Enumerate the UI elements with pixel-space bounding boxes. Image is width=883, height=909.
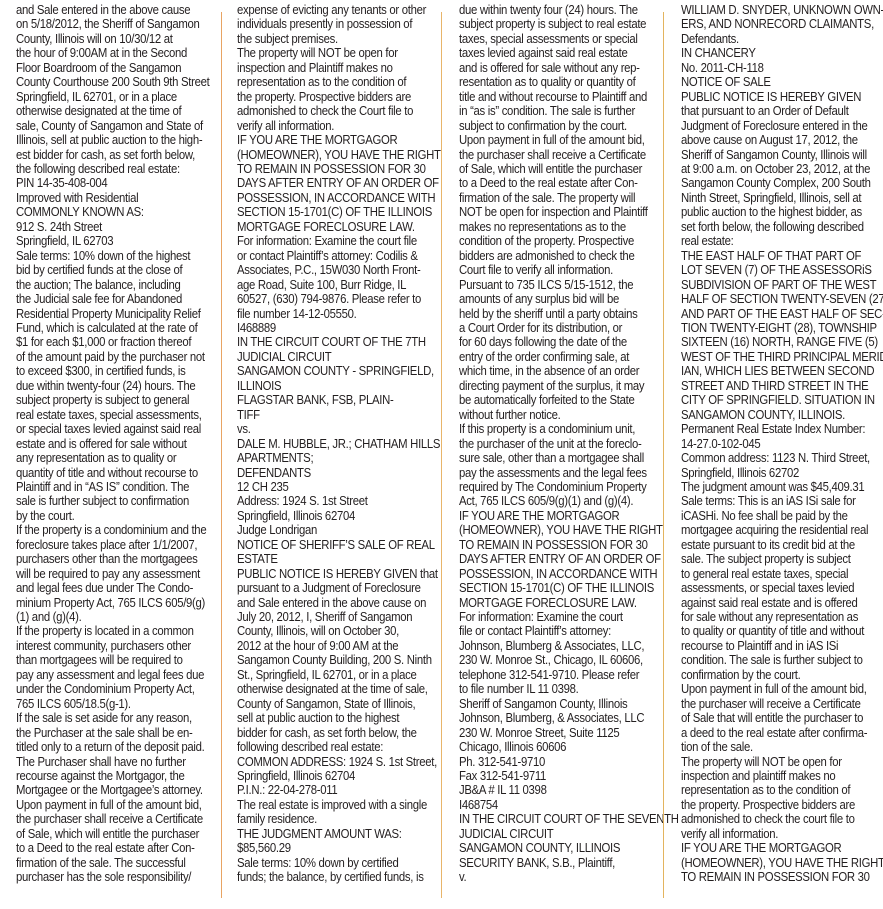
text-line: recourse against the Mortgagor, the — [16, 769, 222, 783]
text-line: sale. The subject property is subject — [681, 552, 883, 566]
text-line: a Court Order for its distribution, or — [459, 321, 665, 335]
text-line: be automatically forfeited to the State — [459, 393, 665, 407]
text-line: without further notice. — [459, 408, 665, 422]
text-line: NOTICE OF SHERIFF’S SALE OF REAL — [237, 538, 443, 552]
text-line: subject property is subject to real esta… — [459, 17, 665, 31]
text-line: admonished to check the Court file to — [237, 104, 443, 118]
text-line: admonished to check the court file to — [681, 812, 883, 826]
text-line: the purchaser shall receive a Certificat… — [459, 148, 665, 162]
text-line: Floor Boardroom of the Sangamon — [16, 61, 222, 75]
text-line: directing payment of the surplus, it may — [459, 379, 665, 393]
text-line: SECTION 15-1701(C) OF THE ILLINOIS — [459, 581, 665, 595]
text-line: TO REMAIN IN POSSESSION FOR 30 — [237, 162, 443, 176]
text-line: 765 ILCS 605/18.5(g-1). — [16, 697, 222, 711]
text-line: For information: Examine the court file — [237, 234, 443, 248]
text-line: Mortgagee or the Mortgagee’s attorney. — [16, 783, 222, 797]
text-line: IF YOU ARE THE MORTGAGOR — [237, 133, 443, 147]
text-line: interest community, purchasers other — [16, 639, 222, 653]
text-line: FLAGSTAR BANK, FSB, PLAIN- — [237, 393, 443, 407]
text-line: minium Property Act, 765 ILCS 605/9(g) — [16, 596, 222, 610]
text-line: JB&A # IL 11 0398 — [459, 783, 665, 797]
text-line: inspection and Plaintiff makes no — [237, 61, 443, 75]
text-line: LOT SEVEN (7) OF THE ASSESSORiS — [681, 263, 883, 277]
text-line: Associates, P.C., 15W030 North Front- — [237, 263, 443, 277]
text-line: a deed to the real estate after confirma… — [681, 726, 883, 740]
text-line: Upon payment in full of the amount bid, — [681, 682, 883, 696]
text-line: APARTMENTS; — [237, 451, 443, 465]
text-line: SANGAMON COUNTY - SPRINGFIELD, — [237, 364, 443, 378]
text-line: IF YOU ARE THE MORTGAGOR — [681, 841, 883, 855]
text-line: TO REMAIN IN POSSESSION FOR 30 — [681, 870, 883, 884]
text-line: Sangamon County Complex, 200 South — [681, 176, 883, 190]
text-line: sell at public auction to the highest — [237, 711, 443, 725]
text-line: amounts of any surplus bid will be — [459, 292, 665, 306]
text-line: inspection and plaintiff makes no — [681, 769, 883, 783]
text-line: Springfield, Illinois 62702 — [681, 466, 883, 480]
text-line: sale, County of Sangamon and State of — [16, 119, 222, 133]
text-line: NOT be open for inspection and Plaintiff — [459, 205, 665, 219]
text-line: STREET AND THIRD STREET IN THE — [681, 379, 883, 393]
text-line: (1) and (g)(4). — [16, 610, 222, 624]
text-line: Sheriff of Sangamon County, Illinois wil… — [681, 148, 883, 162]
text-line: If the sale is set aside for any reason, — [16, 711, 222, 725]
text-line: ESTATE — [237, 552, 443, 566]
text-line: Sale terms: 10% down of the highest — [16, 249, 222, 263]
text-line: 230 W. Monroe St., Chicago, IL 60606, — [459, 653, 665, 667]
text-line: TION TWENTY-EIGHT (28), TOWNSHIP — [681, 321, 883, 335]
text-line: Springfield, IL 62703 — [16, 234, 222, 248]
text-line: and Sale entered in the above cause — [16, 3, 222, 17]
text-line: vs. — [237, 422, 443, 436]
text-line: purchasers other than the mortgagees — [16, 552, 222, 566]
text-line: The property will NOT be open for — [681, 755, 883, 769]
text-line: to file number IL 11 0398. — [459, 682, 665, 696]
text-line: 14-27.0-102-045 — [681, 437, 883, 451]
text-line: Sangamon County Building, 200 S. Ninth — [237, 653, 443, 667]
text-line: the purchaser of the unit at the foreclo… — [459, 437, 665, 451]
text-line: taxes, special assessments or special — [459, 32, 665, 46]
text-line: of Sale, which will entitle the purchase… — [459, 162, 665, 176]
text-line: County, Illinois will on 10/30/12 at — [16, 32, 222, 46]
text-line: The property will NOT be open for — [237, 46, 443, 60]
text-line: and legal fees due under The Condo- — [16, 581, 222, 595]
text-line: Permanent Real Estate Index Number: — [681, 422, 883, 436]
text-line: P.I.N.: 22-04-278-011 — [237, 783, 443, 797]
text-line: IN THE CIRCUIT COURT OF THE 7TH — [237, 335, 443, 349]
text-line: COMMON ADDRESS: 1924 S. 1st Street, — [237, 755, 443, 769]
text-line: I468754 — [459, 798, 665, 812]
text-line: Fund, which is calculated at the rate of — [16, 321, 222, 335]
text-line: titled only to a return of the deposit p… — [16, 740, 222, 754]
text-line: entry of the order confirming sale, at — [459, 350, 665, 364]
text-line: condition of the property. Prospective — [459, 234, 665, 248]
text-line: iCASHi. No fee shall be paid by the — [681, 509, 883, 523]
text-line: Illinois, sell at public auction to the … — [16, 133, 222, 147]
text-line: that pursuant to an Order of Default — [681, 104, 883, 118]
text-line: If the property is located in a common — [16, 624, 222, 638]
text-line: COMMONLY KNOWN AS: — [16, 205, 222, 219]
text-line: foreclosure takes place after 1/1/2007, — [16, 538, 222, 552]
text-line: for sale without any representation as — [681, 610, 883, 624]
text-line: condition. The sale is further subject t… — [681, 653, 883, 667]
text-line: Johnson, Blumberg & Associates, LLC, — [459, 639, 665, 653]
text-line: file or contact Plaintiff’s attorney: — [459, 624, 665, 638]
text-line: PUBLIC NOTICE IS HEREBY GIVEN that — [237, 567, 443, 581]
text-line: DALE M. HUBBLE, JR.; CHATHAM HILLS — [237, 437, 443, 451]
column-4: WILLIAM D. SNYDER, UNKNOWN OWN-ERS, AND … — [681, 3, 883, 885]
text-line: (HOMEOWNER), YOU HAVE THE RIGHT — [459, 523, 665, 537]
text-line: Fax 312-541-9711 — [459, 769, 665, 783]
text-line: The judgment amount was $45,409.31 — [681, 480, 883, 494]
text-line: 60527, (630) 794-9876. Please refer to — [237, 292, 443, 306]
text-line: 912 S. 24th Street — [16, 220, 222, 234]
text-line: the hour of 9:00AM at in the Second — [16, 46, 222, 60]
text-line: July 20, 2012, I, Sheriff of Sangamon — [237, 610, 443, 624]
text-line: the purchaser will receive a Certificate — [681, 697, 883, 711]
text-line: JUDICIAL CIRCUIT — [459, 827, 665, 841]
text-line: family residence. — [237, 812, 443, 826]
text-line: HALF OF SECTION TWENTY-SEVEN (27) — [681, 292, 883, 306]
text-line: Johnson, Blumberg, & Associates, LLC — [459, 711, 665, 725]
text-line: following described real estate: — [237, 740, 443, 754]
text-line: or special taxes levied against said rea… — [16, 422, 222, 436]
column-2: expense of evicting any tenants or other… — [237, 3, 443, 885]
text-line: any representation as to quality or — [16, 451, 222, 465]
text-line: THE EAST HALF OF THAT PART OF — [681, 249, 883, 263]
text-line: Address: 1924 S. 1st Street — [237, 494, 443, 508]
text-line: Sale terms: This is an iAS ISi sale for — [681, 494, 883, 508]
text-line: Upon payment in full of the amount bid, — [459, 133, 665, 147]
text-line: and is offered for sale without any rep- — [459, 61, 665, 75]
text-line: SECTION 15-1701(C) OF THE ILLINOIS — [237, 205, 443, 219]
text-line: estate and is offered for sale without — [16, 437, 222, 451]
text-line: representation as to the condition of — [681, 783, 883, 797]
text-line: TIFF — [237, 408, 443, 422]
text-line: subject property is subject to general — [16, 393, 222, 407]
text-line: County of Sangamon, State of Illinois, — [237, 697, 443, 711]
text-line: under the Condominium Property Act, — [16, 682, 222, 696]
text-line: to general real estate taxes, special — [681, 567, 883, 581]
text-line: resentation as to quality or quantity of — [459, 75, 665, 89]
text-line: MORTGAGE FORECLOSURE LAW. — [459, 596, 665, 610]
text-line: I468889 — [237, 321, 443, 335]
text-line: age Road, Suite 100, Burr Ridge, IL — [237, 278, 443, 292]
column-1: and Sale entered in the above causeon 5/… — [16, 3, 222, 885]
column-divider — [663, 12, 664, 898]
text-line: If the property is a condominium and the — [16, 523, 222, 537]
text-line: THE JUDGMENT AMOUNT WAS: — [237, 827, 443, 841]
text-line: POSSESSION, IN ACCORDANCE WITH — [237, 191, 443, 205]
text-line: $85,560.29 — [237, 841, 443, 855]
text-line: SUBDIVISION OF PART OF THE WEST — [681, 278, 883, 292]
column-divider — [221, 12, 222, 898]
text-line: Plaintiff and in “AS IS” condition. The — [16, 480, 222, 494]
text-line: due within twenty four (24) hours. The — [459, 3, 665, 17]
text-line: Judgment of Foreclosure entered in the — [681, 119, 883, 133]
text-line: tion of the sale. — [681, 740, 883, 754]
text-line: ILLINOIS — [237, 379, 443, 393]
text-line: 12 CH 235 — [237, 480, 443, 494]
text-line: bidder for cash, as set forth below, the — [237, 726, 443, 740]
text-line: DEFENDANTS — [237, 466, 443, 480]
text-line: Springfield, IL 62701, or in a place — [16, 90, 222, 104]
text-line: The Purchaser shall have no further — [16, 755, 222, 769]
text-line: the property. Prospective bidders are — [681, 798, 883, 812]
text-line: subject to confirmation by the court. — [459, 119, 665, 133]
text-line: firmation of the sale. The successful — [16, 856, 222, 870]
text-line: in “as is” condition. The sale is furthe… — [459, 104, 665, 118]
text-line: mortgagee acquiring the residential real — [681, 523, 883, 537]
text-line: Improved with Residential — [16, 191, 222, 205]
text-line: to exceed $300, in certified funds, is — [16, 364, 222, 378]
column-3: due within twenty four (24) hours. Thesu… — [459, 3, 665, 885]
text-line: estate pursuant to its credit bid at the — [681, 538, 883, 552]
text-line: pay any assessment and legal fees due — [16, 668, 222, 682]
text-line: the Judicial sale fee for Abandoned — [16, 292, 222, 306]
text-line: or contact Plaintiff’s attorney: Codilis… — [237, 249, 443, 263]
text-line: the subject premises. — [237, 32, 443, 46]
text-line: SANGAMON COUNTY, ILLINOIS — [459, 841, 665, 855]
text-line: TO REMAIN IN POSSESSION FOR 30 — [459, 538, 665, 552]
text-line: the auction; The balance, including — [16, 278, 222, 292]
text-line: PIN 14-35-408-004 — [16, 176, 222, 190]
text-line: of Sale, which will entitle the purchase… — [16, 827, 222, 841]
text-line: the following described real estate: — [16, 162, 222, 176]
text-line: which time, in the absence of an order — [459, 364, 665, 378]
text-line: WILLIAM D. SNYDER, UNKNOWN OWN- — [681, 3, 883, 17]
text-line: taxes levied against said real estate — [459, 46, 665, 60]
text-line: telephone 312-541-9710. Please refer — [459, 668, 665, 682]
text-line: SANGAMON COUNTY, ILLINOIS. — [681, 408, 883, 422]
text-line: to quality or quantity of title and with… — [681, 624, 883, 638]
text-line: Springfield, Illinois 62704 — [237, 509, 443, 523]
text-line: on 5/18/2012, the Sheriff of Sangamon — [16, 17, 222, 31]
text-line: verify all information. — [237, 119, 443, 133]
text-line: verify all information. — [681, 827, 883, 841]
text-line: set forth below, the following described — [681, 220, 883, 234]
text-line: held by the sheriff until a party obtain… — [459, 307, 665, 321]
text-line: the Purchaser at the sale shall be en- — [16, 726, 222, 740]
text-line: POSSESSION, IN ACCORDANCE WITH — [459, 567, 665, 581]
text-line: AND PART OF THE EAST HALF OF SEC- — [681, 307, 883, 321]
legal-notices-page: and Sale entered in the above causeon 5/… — [0, 0, 883, 909]
text-line: Ninth Street, Springfield, Illinois, sel… — [681, 191, 883, 205]
text-line: will be required to pay any assessment — [16, 567, 222, 581]
text-line: est bidder for cash, as set forth below, — [16, 148, 222, 162]
text-line: Upon payment in full of the amount bid, — [16, 798, 222, 812]
text-line: IAN, WHICH LIES BETWEEN SECOND — [681, 364, 883, 378]
text-line: expense of evicting any tenants or other — [237, 3, 443, 17]
text-line: than mortgagees will be required to — [16, 653, 222, 667]
text-line: (HOMEOWNER), YOU HAVE THE RIGHT — [681, 856, 883, 870]
text-line: No. 2011-CH-118 — [681, 61, 883, 75]
text-line: Sale terms: 10% down by certified — [237, 856, 443, 870]
text-line: CITY OF SPRINGFIELD. SITUATION IN — [681, 393, 883, 407]
text-line: file number 14-12-05550. — [237, 307, 443, 321]
text-line: $1 for each $1,000 or fraction thereof — [16, 335, 222, 349]
text-line: MORTGAGE FORECLOSURE LAW. — [237, 220, 443, 234]
text-line: IN THE CIRCUIT COURT OF THE SEVENTH — [459, 812, 665, 826]
text-line: title and without recourse to Plaintiff … — [459, 90, 665, 104]
text-line: County Courthouse 200 South 9th Street — [16, 75, 222, 89]
text-line: Residential Property Municipality Relief — [16, 307, 222, 321]
text-line: real estate: — [681, 234, 883, 248]
text-line: Pursuant to 735 ILCS 5/15-1512, the — [459, 278, 665, 292]
text-line: representation as to the condition of — [237, 75, 443, 89]
text-line: confirmation by the court. — [681, 668, 883, 682]
column-divider — [441, 12, 442, 898]
text-line: recourse to Plaintiff and in iAS ISi — [681, 639, 883, 653]
text-line: Court file to verify all information. — [459, 263, 665, 277]
text-line: County, Illinois, will on October 30, — [237, 624, 443, 638]
text-line: public auction to the highest bidder, as — [681, 205, 883, 219]
text-line: Springfield, Illinois 62704 — [237, 769, 443, 783]
text-line: Sheriff of Sangamon County, Illinois — [459, 697, 665, 711]
text-line: Judge Londrigan — [237, 523, 443, 537]
text-line: against said real estate and is offered — [681, 596, 883, 610]
text-line: IN CHANCERY — [681, 46, 883, 60]
text-line: If this property is a condominium unit, — [459, 422, 665, 436]
text-line: at 9:00 a.m. on October 23, 2012, at the — [681, 162, 883, 176]
text-line: DAYS AFTER ENTRY OF AN ORDER OF — [459, 552, 665, 566]
text-line: DAYS AFTER ENTRY OF AN ORDER OF — [237, 176, 443, 190]
text-line: makes no representations as to the — [459, 220, 665, 234]
text-line: firmation of the sale. The property will — [459, 191, 665, 205]
text-line: SECURITY BANK, S.B., Plaintiff, — [459, 856, 665, 870]
text-line: Common address: 1123 N. Third Street, — [681, 451, 883, 465]
text-line: pay the assessments and the legal fees — [459, 466, 665, 480]
text-line: bidders are admonished to check the — [459, 249, 665, 263]
text-line: (HOMEOWNER), YOU HAVE THE RIGHT — [237, 148, 443, 162]
text-line: Defendants. — [681, 32, 883, 46]
text-line: real estate taxes, special assessments, — [16, 408, 222, 422]
text-line: PUBLIC NOTICE IS HEREBY GIVEN — [681, 90, 883, 104]
text-line: and Sale entered in the above cause on — [237, 596, 443, 610]
text-line: For information: Examine the court — [459, 610, 665, 624]
text-line: Ph. 312-541-9710 — [459, 755, 665, 769]
text-line: St., Springfield, IL 62701, or in a plac… — [237, 668, 443, 682]
text-line: quantity of title and without recourse t… — [16, 466, 222, 480]
text-line: individuals presently in possession of — [237, 17, 443, 31]
text-line: the purchaser shall receive a Certificat… — [16, 812, 222, 826]
text-line: above cause on August 17, 2012, the — [681, 133, 883, 147]
text-line: NOTICE OF SALE — [681, 75, 883, 89]
text-line: ERS, AND NONRECORD CLAIMANTS, — [681, 17, 883, 31]
text-line: otherwise designated at the time of sale… — [237, 682, 443, 696]
text-line: sale is further subject to confirmation — [16, 494, 222, 508]
text-line: IF YOU ARE THE MORTGAGOR — [459, 509, 665, 523]
text-line: for 60 days following the date of the — [459, 335, 665, 349]
text-line: SIXTEEN (16) NORTH, RANGE FIVE (5) — [681, 335, 883, 349]
text-line: to a Deed to the real estate after Con- — [16, 841, 222, 855]
text-line: sure sale, other than a mortgagee shall — [459, 451, 665, 465]
text-line: otherwise designated at the time of — [16, 104, 222, 118]
text-line: pursuant to a Judgment of Foreclosure — [237, 581, 443, 595]
text-line: purchaser has the sole responsibility/ — [16, 870, 222, 884]
text-line: Act, 765 ILCS 605/9(g)(1) and (g)(4). — [459, 494, 665, 508]
text-line: the property. Prospective bidders are — [237, 90, 443, 104]
text-line: 230 W. Monroe Street, Suite 1125 — [459, 726, 665, 740]
text-line: assessments, or special taxes levied — [681, 581, 883, 595]
text-line: JUDICIAL CIRCUIT — [237, 350, 443, 364]
text-line: due within twenty-four (24) hours. The — [16, 379, 222, 393]
text-line: by the court. — [16, 509, 222, 523]
text-line: to a Deed to the real estate after Con- — [459, 176, 665, 190]
text-line: The real estate is improved with a singl… — [237, 798, 443, 812]
text-line: 2012 at the hour of 9:00 AM at the — [237, 639, 443, 653]
text-line: funds; the balance, by certified funds, … — [237, 870, 443, 884]
text-line: bid by certified funds at the close of — [16, 263, 222, 277]
text-line: v. — [459, 870, 665, 884]
text-line: WEST OF THE THIRD PRINCIPAL MERID- — [681, 350, 883, 364]
text-line: Chicago, Illinois 60606 — [459, 740, 665, 754]
text-line: required by The Condominium Property — [459, 480, 665, 494]
text-line: of the amount paid by the purchaser not — [16, 350, 222, 364]
text-line: of Sale that will entitle the purchaser … — [681, 711, 883, 725]
